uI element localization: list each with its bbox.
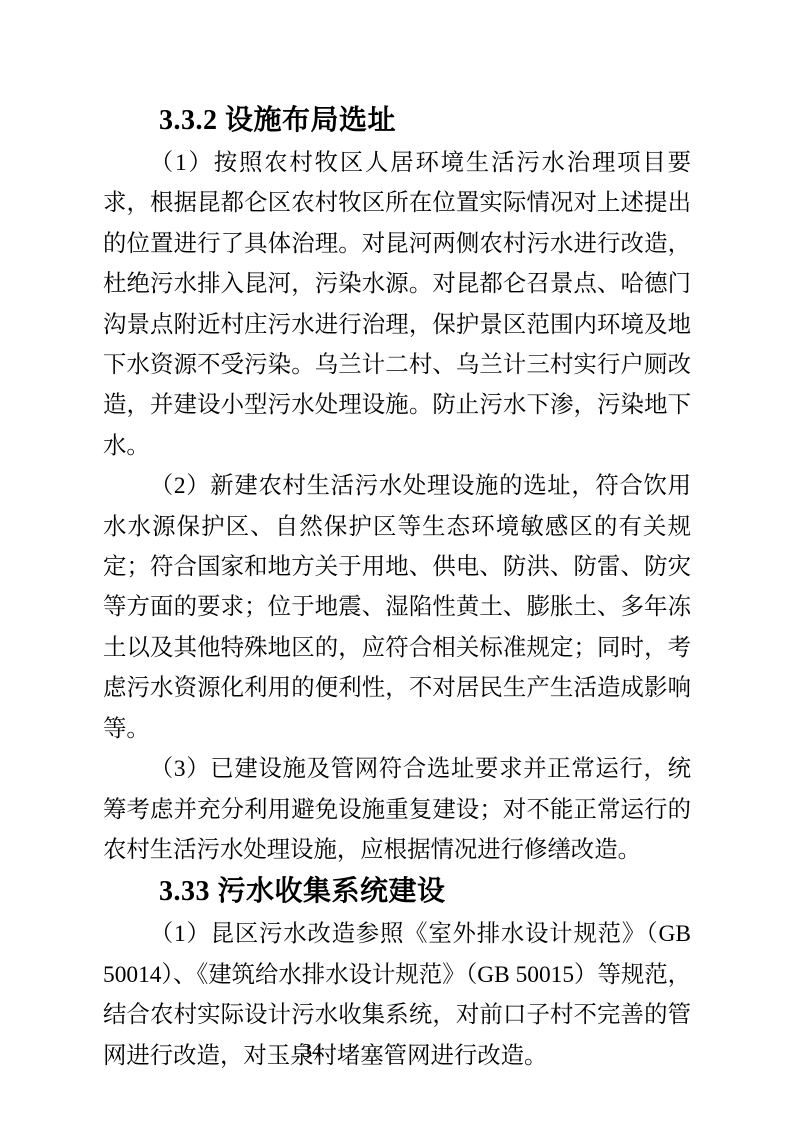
paragraph-siting-2: （2）新建农村生活污水处理设施的选址，符合饮用水水源保护区、自然保护区等生态环境… — [103, 466, 691, 749]
section-heading-3-33: 3.33 污水收集系统建设 — [103, 870, 691, 914]
paragraph-siting-1: （1）按照农村牧区人居环境生活污水治理项目要求，根据昆都仑区农村牧区所在位置实际… — [103, 143, 691, 466]
paragraph-siting-3: （3）已建设施及管网符合选址要求并正常运行，统筹考虑并充分利用避免设施重复建设；… — [103, 749, 691, 870]
document-body: 3.3.2 设施布局选址 （1）按照农村牧区人居环境生活污水治理项目要求，根据昆… — [103, 99, 691, 1076]
paragraph-collection-1: （1）昆区污水改造参照《室外排水设计规范》（GB 50014）、《建筑给水排水设… — [103, 914, 691, 1076]
page-number: 34 — [302, 1041, 322, 1061]
document-page: 3.3.2 设施布局选址 （1）按照农村牧区人居环境生活污水治理项目要求，根据昆… — [0, 0, 793, 1122]
section-heading-3-3-2: 3.3.2 设施布局选址 — [103, 99, 691, 143]
